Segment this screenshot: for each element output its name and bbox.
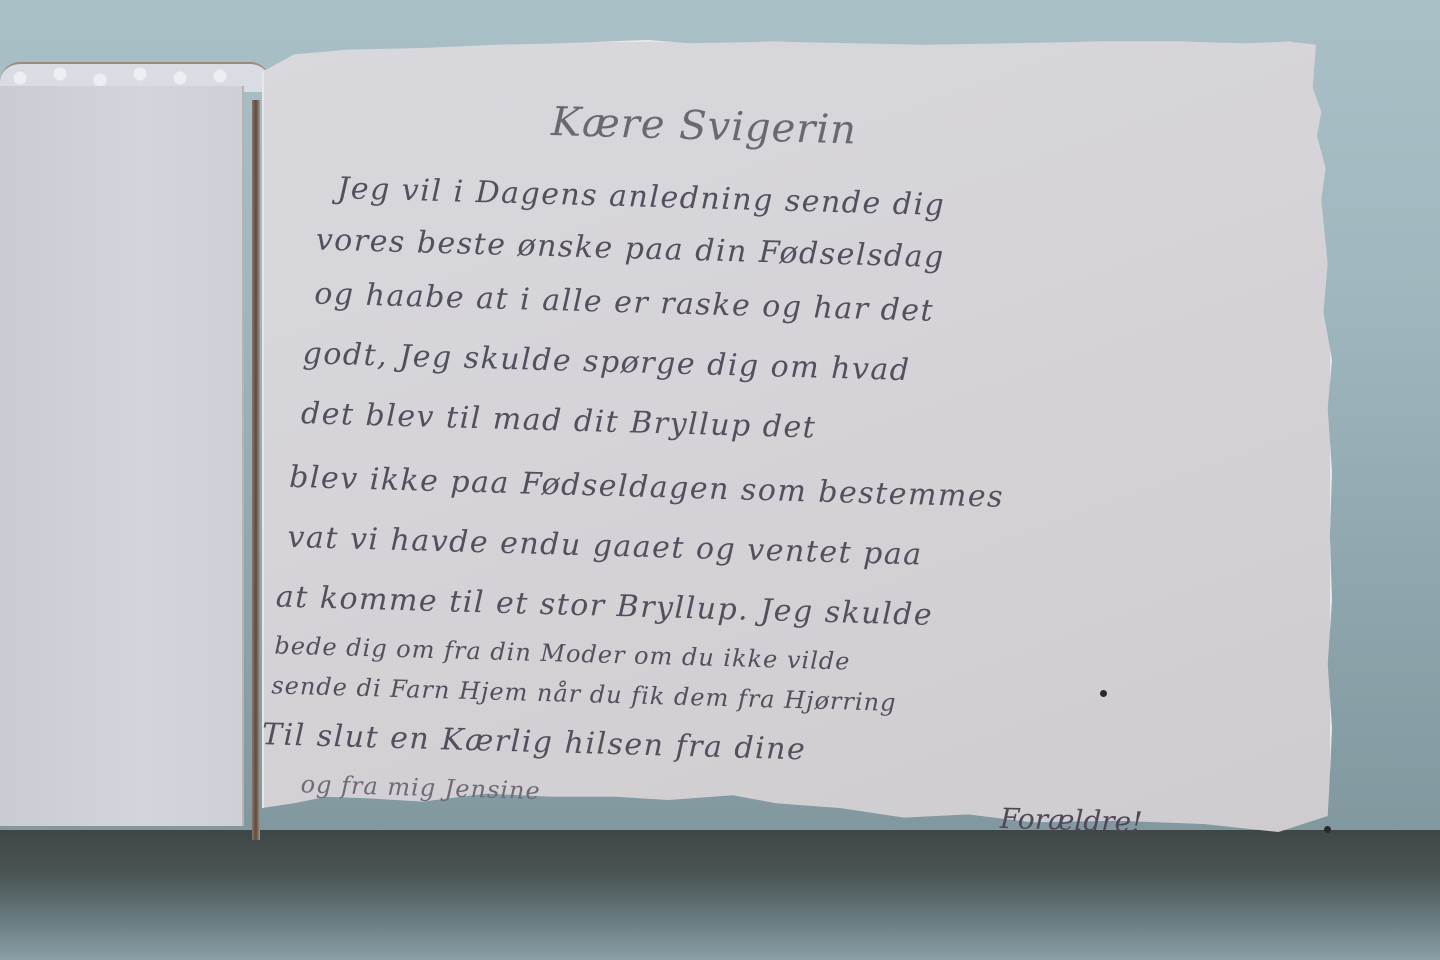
- ink-dot: [1324, 826, 1331, 833]
- letter-line: og fra mig Jensine: [300, 770, 541, 805]
- left-blank-page: [0, 86, 244, 826]
- letter-signature: Forældre!: [1000, 802, 1143, 839]
- ink-dot: [1100, 690, 1107, 697]
- table-shadow: [0, 830, 1440, 960]
- booklet-spine: [252, 100, 260, 840]
- letter-salutation: Kære Svigerin: [551, 99, 858, 154]
